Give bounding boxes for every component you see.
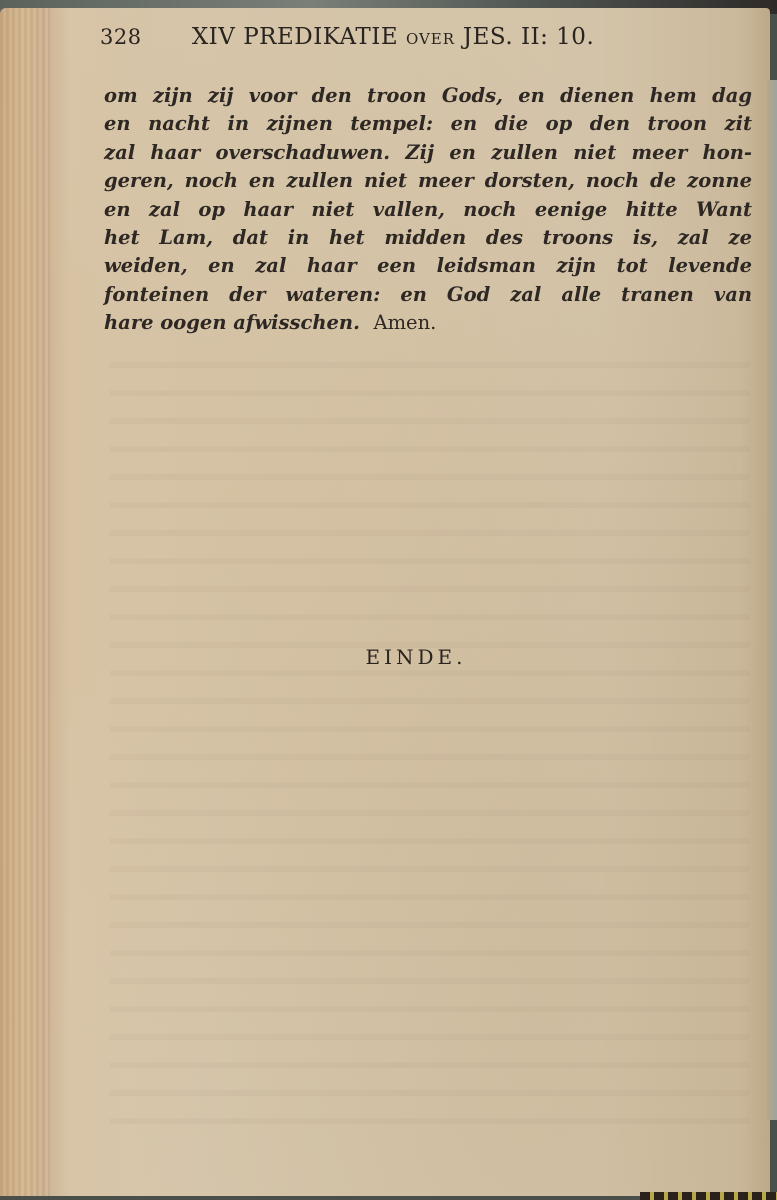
final-line-text: hare oogen afwisschen. [104,311,360,334]
header-title-connector: OVER [406,30,455,48]
text-line: fonteinen der wateren: en God zal alle t… [104,281,752,309]
header-reference: JES. II: 10. [463,24,594,50]
text-line: en zal op haar niet vallen, noch eenige … [104,196,752,224]
page-right-edge [767,80,777,1120]
text-line-final: hare oogen afwisschen. Amen. [104,309,752,337]
text-line: het Lam, dat in het midden des troons is… [104,224,752,252]
end-marker: EINDE. [0,645,777,669]
closing-word: Amen. [373,311,436,334]
text-line: om zijn zij voor den troon Gods, en dien… [104,82,752,110]
running-header: 328 XIV PREDIKATIE OVER JES. II: 10. [100,24,700,50]
binding-strip [640,1192,777,1200]
text-line: zal haar overschaduwen. Zij en zullen ni… [104,139,752,167]
body-paragraph: om zijn zij voor den troon Gods, en dien… [104,82,752,338]
page-number: 328 [100,25,184,49]
text-line: weiden, en zal haar een leidsman zijn to… [104,252,752,280]
text-line: geren, noch en zullen niet meer dorsten,… [104,167,752,195]
header-title: XIV PREDIKATIE [192,24,398,50]
text-line: en nacht in zijnen tempel: en die op den… [104,110,752,138]
